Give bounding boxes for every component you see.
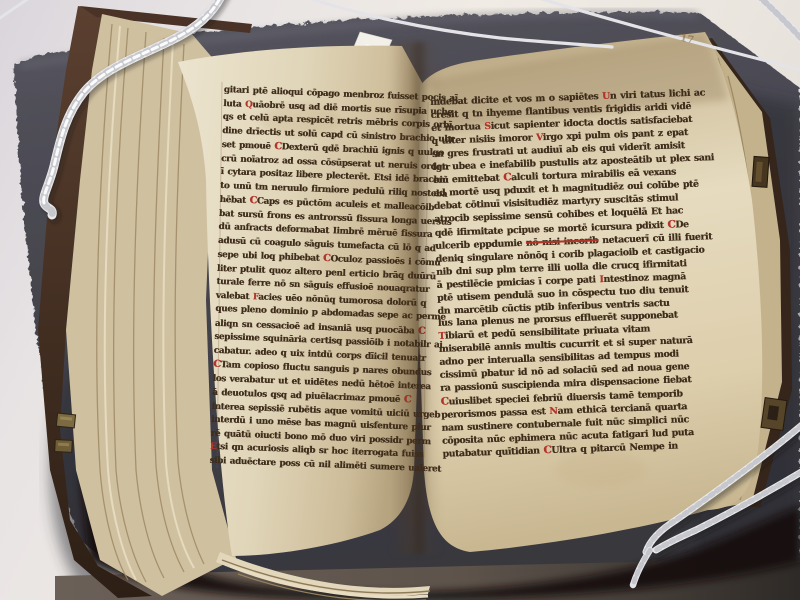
- right-clasp-upper: [752, 156, 769, 187]
- corner-cord-top-right: [752, 0, 800, 46]
- left-page-text: gitari ptē alioqui cōpago menbroz fuisse…: [209, 84, 430, 478]
- left-clasp-upper: [56, 413, 75, 428]
- left-clasp-lower: [55, 440, 73, 453]
- thin-string-corner: [0, 0, 38, 22]
- right-clasp-lower: [761, 398, 787, 431]
- folio-number: 17: [679, 33, 695, 46]
- photograph-manuscript-on-cushion: gitari ptē alioqui cōpago menbroz fuisse…: [0, 0, 800, 600]
- right-page-text: mdebat dicite et vos m o sapiētes Un vir…: [430, 88, 689, 462]
